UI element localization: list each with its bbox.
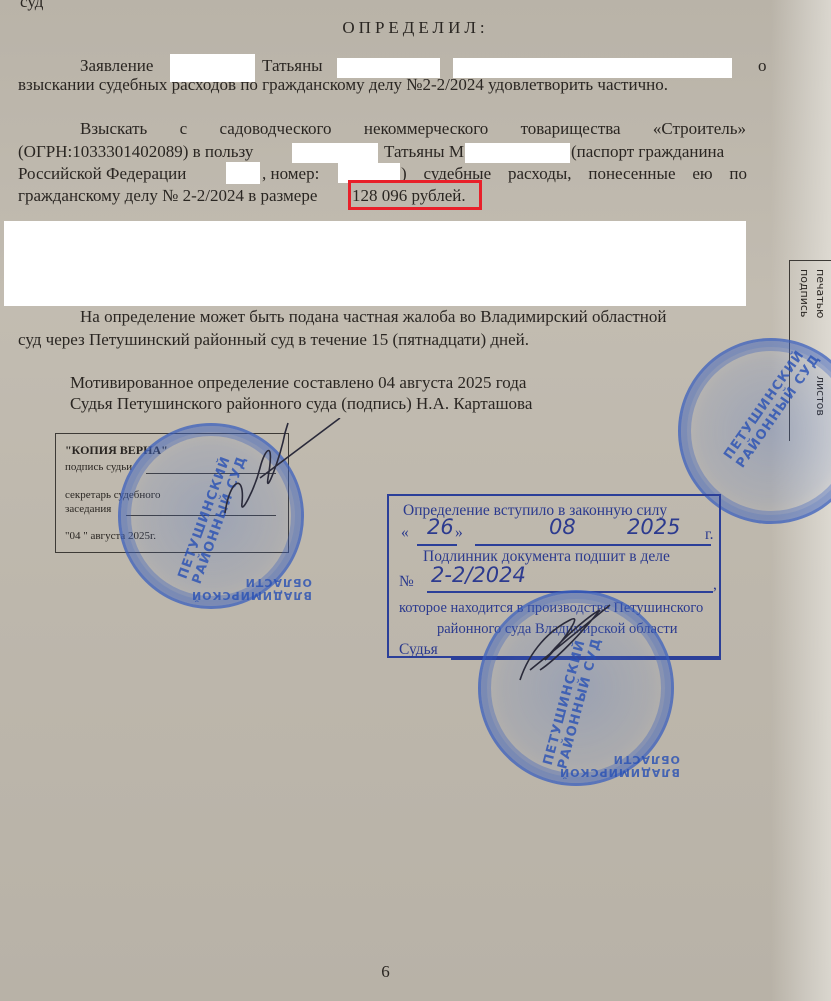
handwritten-month: 08: [549, 518, 576, 536]
p1-line1-mid: Татьяны: [262, 56, 323, 76]
case-prefix: №: [399, 573, 414, 591]
p2-line3-start: Российской Федерации: [18, 164, 186, 184]
seal-text-bottom: ВЛАДИМИРСКОЙ ОБЛАСТИ: [559, 753, 680, 779]
side-label-sealed: печатью: [814, 269, 827, 318]
p2-line2-mid: Татьяны М: [384, 142, 464, 162]
judge-label: Судья: [399, 641, 438, 659]
underline: [417, 544, 457, 546]
p2-line1: Взыскать с садоводческого некоммерческог…: [80, 119, 746, 139]
p2-line3-mid: , номер:: [262, 164, 319, 184]
redaction-box: [465, 143, 570, 163]
date-open-quote: «: [401, 524, 409, 542]
motivated-date-line: Мотивированное определение составлено 04…: [70, 373, 526, 393]
judge-line: Судья Петушинского районного суда (подпи…: [70, 394, 532, 414]
handwritten-day: 26: [427, 518, 454, 536]
top-fragment: суд: [20, 0, 43, 12]
judge-signature-scribble: [150, 418, 350, 538]
handwritten-case-number: 2-2/2024: [431, 566, 526, 584]
p2-line2-end: (паспорт гражданина: [571, 142, 724, 162]
redaction-box: [292, 143, 378, 163]
handwritten-year: 2025: [627, 518, 680, 536]
side-label-signature: подпись: [798, 269, 811, 317]
judge-signature-scribble: [500, 600, 620, 690]
p2-line4-start: гражданскому делу № 2-2/2024 в размере: [18, 186, 317, 206]
p1-line2: взыскании судебных расходов по гражданск…: [18, 75, 668, 95]
p1-line1-start: Заявление: [80, 56, 153, 76]
seal-text-bottom: ВЛАДИМИРСКОЙ ОБЛАСТИ: [191, 576, 312, 602]
page-heading: ОПРЕДЕЛИЛ:: [0, 18, 831, 38]
amount-highlight-box: [348, 180, 482, 210]
p2-line2-start: (ОГРН:1033301402089) в пользу: [18, 142, 253, 162]
page-number: 6: [0, 962, 771, 982]
p1-line1-end: о: [758, 56, 767, 76]
copy-judge-signature-label: подпись судьи: [65, 461, 132, 474]
date-close-quote: »: [455, 524, 463, 542]
underline: [475, 544, 711, 546]
seal-text: ПЕТУШИНСКИЙ РАЙОННЫЙ СУД: [721, 321, 831, 471]
year-suffix: г.: [705, 526, 713, 544]
p3-line2: суд через Петушинский районный суд в теч…: [18, 330, 529, 350]
redaction-box: [226, 162, 260, 184]
case-suffix: ,: [713, 576, 717, 594]
p3-line1: На определение может быть подана частная…: [80, 307, 666, 327]
copy-secretary-label-2: заседания: [65, 503, 111, 516]
redaction-block: [4, 221, 746, 306]
